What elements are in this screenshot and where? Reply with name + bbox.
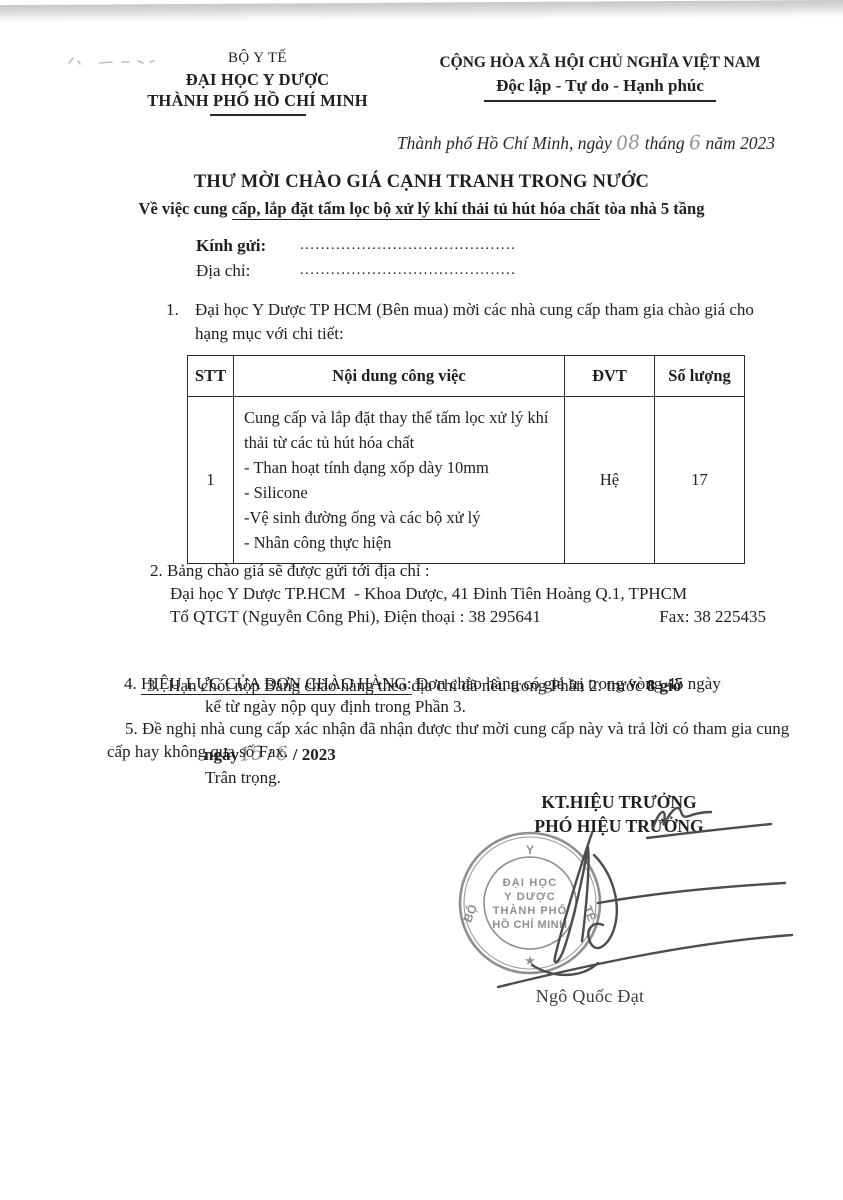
national-motto-block: CỘNG HÒA XÃ HỘI CHỦ NGHĨA VIỆT NAM Độc l… (420, 52, 780, 102)
section-4: 4. HIỆU LỰC CỦA ĐƠN CHÀO HÀNG: Đơn chào … (124, 672, 792, 718)
university-name-line1: ĐẠI HỌC Y DƯỢC (95, 69, 420, 90)
col-header-content: Nội dung công việc (234, 356, 565, 397)
recipient-address-dotted-line: ........................................… (300, 258, 516, 283)
national-title: CỘNG HÒA XÃ HỘI CHỦ NGHĨA VIỆT NAM (420, 52, 780, 74)
table-row: 1 Cung cấp và lắp đặt thay thế tấm lọc x… (188, 397, 745, 564)
section-4-line2: kể từ ngày nộp quy định trong Phần 3. (205, 695, 792, 718)
scanned-invitation-letter: BỘ Y TẾ ĐẠI HỌC Y DƯỢC THÀNH PHỐ HỒ CHÍ … (0, 0, 843, 1200)
signer-name: Ngô Quốc Đạt (455, 986, 725, 1007)
university-name-line2: THÀNH PHỐ HỒ CHÍ MINH (95, 90, 420, 111)
section-4-underlined-heading: HIỆU LỰC CỦA ĐƠN CHÀO HÀNG: (141, 674, 412, 695)
quotation-table: STT Nội dung công việc ĐVT Số lượng 1 Cu… (187, 355, 745, 564)
recipient-address-label: Địa chỉ: (196, 258, 300, 283)
section-1-number: 1. (166, 298, 179, 322)
recipient-address-row: Địa chỉ: ...............................… (196, 258, 516, 283)
section-2-phone: Tổ QTGT (Nguyễn Công Phi), Điện thoại : … (170, 605, 541, 628)
section-2-line1: 2. Bảng chào giá sẽ được gửi tới địa chỉ… (150, 559, 790, 582)
content-line-4: -Vệ sinh đường ống và các bộ xử lý (244, 505, 554, 530)
recipient-block: Kính gửi: ..............................… (196, 233, 516, 283)
dateline-prefix: Thành phố Hồ Chí Minh, ngày (397, 133, 612, 153)
recipient-to-dotted-line: ........................................… (300, 233, 516, 258)
cell-dvt: Hệ (565, 397, 655, 564)
col-header-qty: Số lượng (655, 356, 745, 397)
dateline-thang: tháng (645, 133, 685, 153)
handwritten-month: 6 (688, 132, 702, 155)
national-motto: Độc lập - Tự do - Hạnh phúc (420, 75, 780, 97)
content-line-1: Cung cấp và lắp đặt thay thế tấm lọc xử … (244, 405, 554, 455)
section-2: 2. Bảng chào giá sẽ được gửi tới địa chỉ… (150, 559, 790, 628)
subtitle-suffix: tòa nhà 5 tầng (600, 199, 705, 218)
cell-stt: 1 (188, 397, 234, 564)
subtitle-underlined: cấp, lắp đặt tấm lọc bộ xử lý khí thải t… (232, 199, 600, 220)
document-subtitle: Về việc cung cấp, lắp đặt tấm lọc bộ xử … (0, 199, 843, 219)
section-1: 1. Đại học Y Dược TP HCM (Bên mua) mời c… (166, 298, 784, 346)
closing-regards: Trân trọng. (205, 768, 281, 788)
section-2-fax: Fax: 38 225435 (659, 605, 766, 628)
handwritten-signature (470, 815, 800, 1005)
section-2-address: Đại học Y Dược TP.HCM - Khoa Dược, 41 Đi… (170, 582, 790, 605)
motto-divider (484, 100, 716, 102)
scan-edge-artifact (0, 0, 843, 23)
section-4-number: 4. (124, 674, 141, 693)
recipient-to-row: Kính gửi: ..............................… (196, 233, 516, 258)
section-4-text: Đơn chào hàng có giá trị trong vòng 45 n… (412, 674, 721, 693)
cell-qty: 17 (655, 397, 745, 564)
dateline-year: năm 2023 (705, 133, 775, 153)
content-line-3: - Silicone (244, 480, 554, 505)
col-header-stt: STT (188, 356, 234, 397)
content-line-2: - Than hoạt tính dạng xốp dày 10mm (244, 455, 554, 480)
ministry-name: BỘ Y TẾ (95, 48, 420, 69)
issuer-block: BỘ Y TẾ ĐẠI HỌC Y DƯỢC THÀNH PHỐ HỒ CHÍ … (95, 48, 420, 116)
issuer-divider (210, 114, 306, 116)
section-5-text: 5. Đề nghị nhà cung cấp xác nhận đã nhận… (107, 719, 789, 761)
section-2-contact-row: Tổ QTGT (Nguyễn Công Phi), Điện thoại : … (170, 605, 766, 628)
section-5: 5. Đề nghị nhà cung cấp xác nhận đã nhận… (107, 717, 799, 763)
handwritten-day: 08 (615, 131, 641, 155)
cell-content: Cung cấp và lắp đặt thay thế tấm lọc xử … (234, 397, 565, 564)
section-1-text: Đại học Y Dược TP HCM (Bên mua) mời các … (195, 298, 784, 346)
dateline: Thành phố Hồ Chí Minh, ngày 08 tháng 6 n… (383, 132, 775, 154)
section-4-line1: 4. HIỆU LỰC CỦA ĐƠN CHÀO HÀNG: Đơn chào … (124, 672, 792, 695)
col-header-dvt: ĐVT (565, 356, 655, 397)
table-header-row: STT Nội dung công việc ĐVT Số lượng (188, 356, 745, 397)
document-title: THƯ MỜI CHÀO GIÁ CẠNH TRANH TRONG NƯỚC (0, 172, 843, 193)
subtitle-prefix: Về việc cung (139, 199, 232, 218)
recipient-to-label: Kính gửi: (196, 233, 300, 258)
content-line-5: - Nhân công thực hiện (244, 530, 554, 555)
